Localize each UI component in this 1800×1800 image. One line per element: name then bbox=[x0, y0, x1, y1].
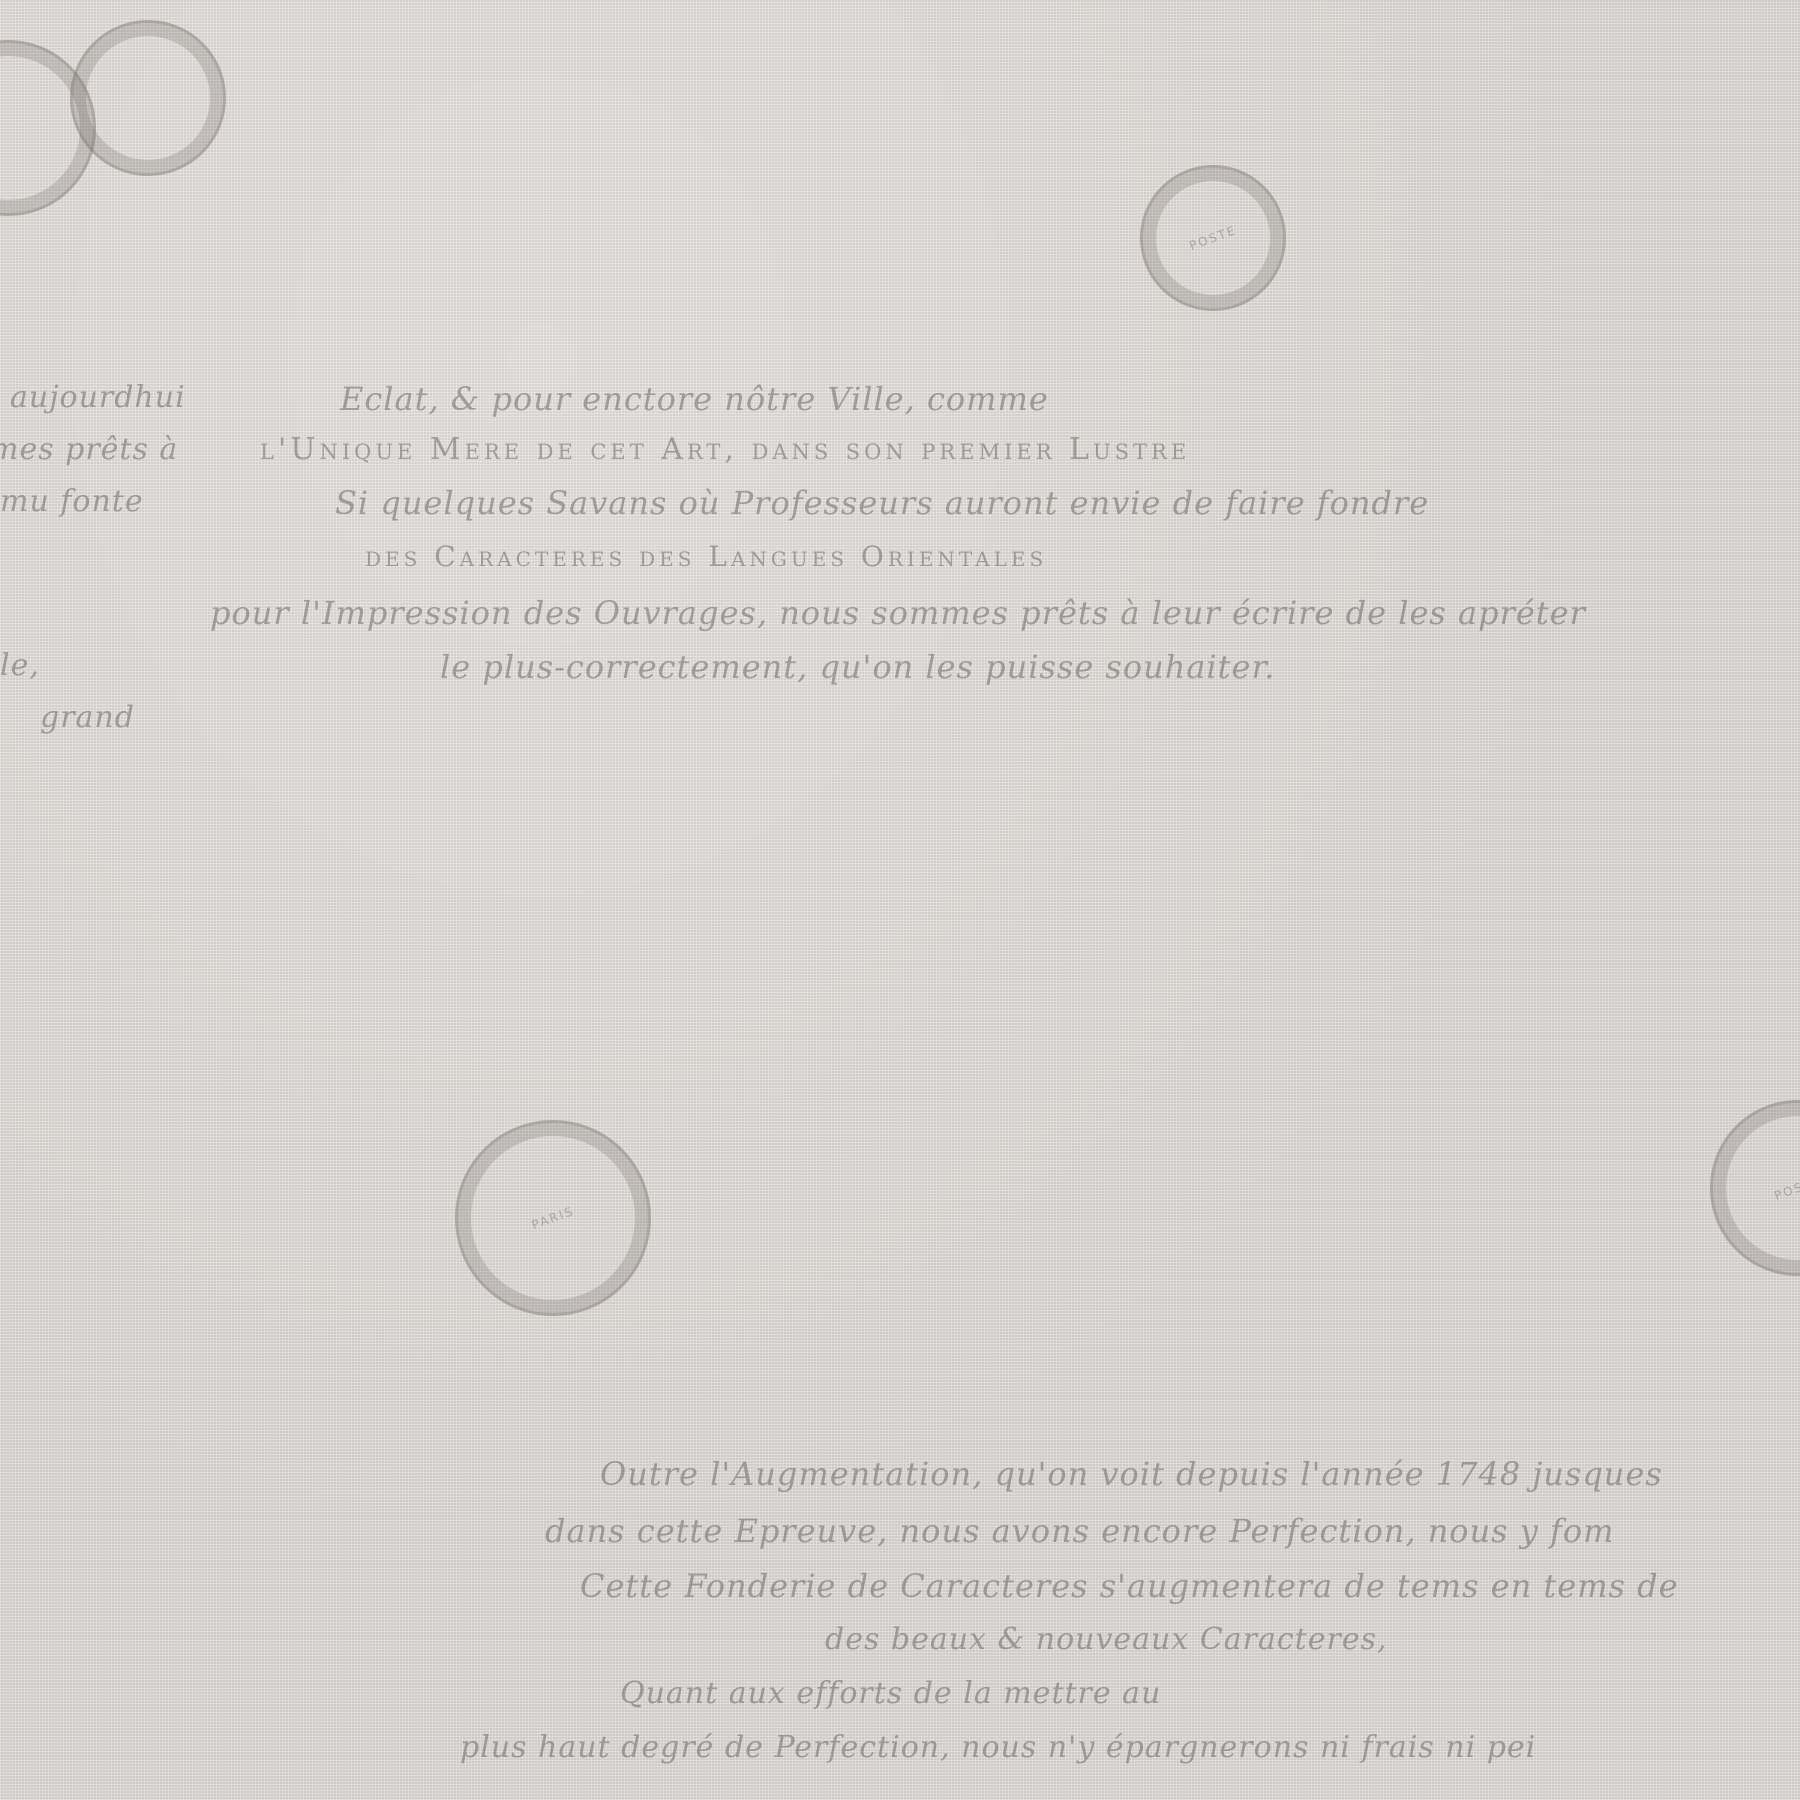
postmark-stamp-2: PARIS bbox=[455, 1120, 651, 1316]
script-line: plus haut degré de Perfection, nous n'y … bbox=[460, 1730, 1536, 1765]
script-line: pour l'Impression des Ouvrages, nous som… bbox=[210, 594, 1586, 632]
fragment: aujourdhui bbox=[10, 380, 186, 415]
script-line: Quant aux efforts de la mettre au bbox=[620, 1676, 1161, 1711]
script-line: Eclat, & pour enctore nôtre Ville, comme bbox=[340, 380, 1049, 418]
postmark-stamp-3: POSTE bbox=[1710, 1100, 1800, 1276]
postmark-stamp-1: POSTE bbox=[1140, 165, 1286, 311]
script-line: Cette Fonderie de Caracteres s'augmenter… bbox=[580, 1567, 1679, 1605]
script-line: dans cette Epreuve, nous avons encore Pe… bbox=[545, 1512, 1614, 1550]
script-line: l'Unique Mere de cet Art, dans son premi… bbox=[260, 432, 1190, 467]
script-line: des Caracteres des Langues Orientales bbox=[365, 540, 1047, 573]
script-line: Si quelques Savans où Professeurs auront… bbox=[335, 484, 1429, 522]
fragment: grand bbox=[40, 700, 135, 735]
fragment: mu fonte bbox=[0, 484, 144, 519]
script-line: le plus-correctement, qu'on les puisse s… bbox=[440, 648, 1275, 686]
fragment: le, bbox=[0, 648, 40, 683]
faint-script bbox=[40, 230, 49, 260]
fragment: mes prêts à bbox=[0, 432, 178, 467]
script-line: Outre l'Augmentation, qu'on voit depuis … bbox=[600, 1455, 1663, 1493]
script-line: des beaux & nouveaux Caracteres, bbox=[825, 1622, 1388, 1657]
postmark-stamp-5 bbox=[70, 20, 226, 176]
